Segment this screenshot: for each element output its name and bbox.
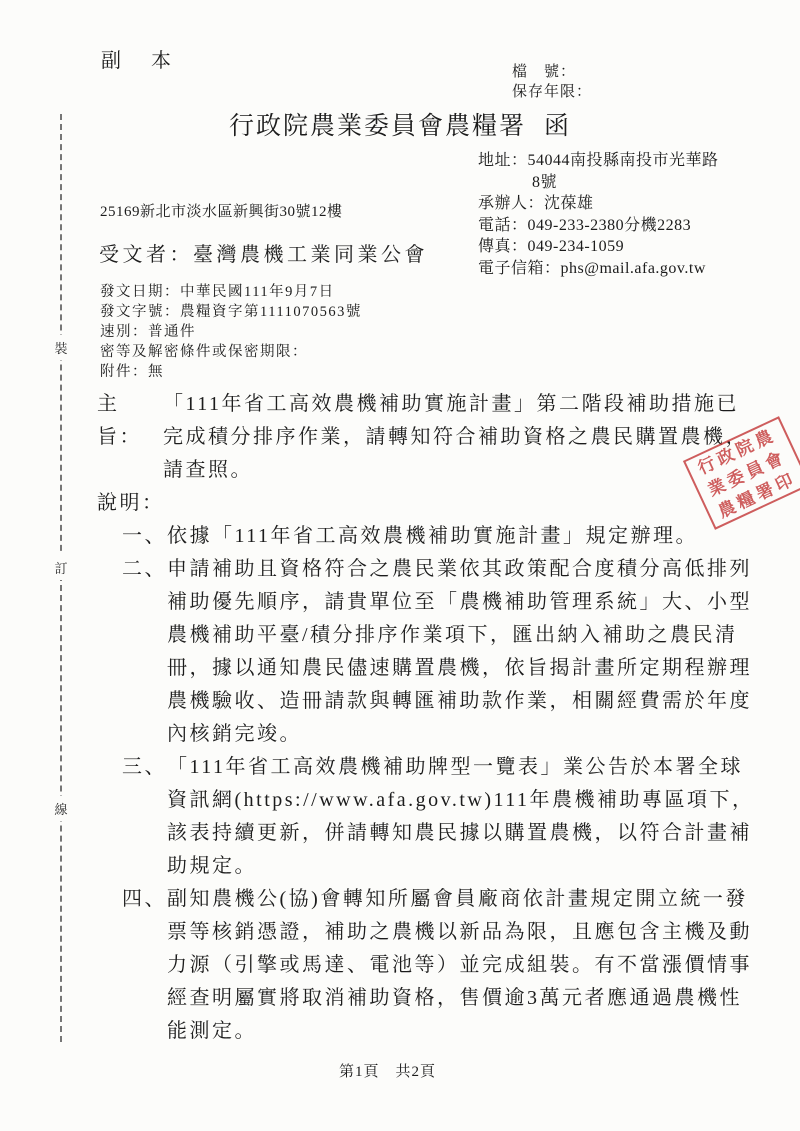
speed-class-line: 速別：普通件 (100, 322, 362, 342)
file-number-block: 檔 號： 保存年限： (512, 62, 592, 102)
document-type-letter: 函 (544, 113, 571, 140)
binding-mark-xian: 線 (51, 796, 71, 821)
recipient-mailing-address: 25169新北市淡水區新興街30號12樓 (100, 200, 343, 221)
item-line: 該表持續更新，併請轉知農民據以購置農機，以符合計畫補 (167, 817, 782, 850)
item-line: 農機補助平臺/積分排序作業項下，匯出納入補助之農民清 (167, 619, 782, 652)
binding-mark-zhuang: 裝 (51, 335, 71, 360)
item-line: 補助優先順序，請貴單位至「農機補助管理系統」大、小型 (167, 586, 782, 619)
agency-contact-person: 承辦人：沈葆雄 (478, 193, 719, 215)
agency-fax: 傳真：049-234-1059 (478, 236, 719, 258)
doc-number-line: 發文字號：農糧資字第1111070563號 (100, 302, 362, 322)
subject-label: 主旨： (97, 388, 163, 454)
attachment-line: 附件：無 (100, 362, 362, 382)
explanation-item-2: 二、 申請補助且資格符合之農民業依其政策配合度積分高低排列 補助優先順序，請貴單… (122, 553, 782, 751)
subject-line: 完成積分排序作業，請轉知符合補助資格之農民購置農機， (163, 421, 782, 454)
document-page: 裝 訂 線 副 本 檔 號： 保存年限： 行政院農業委員會農糧署函 地址：540… (0, 0, 800, 1131)
agency-info-block: 地址：54044南投縣南投市光華路 8號 承辦人：沈葆雄 電話：049-233-… (478, 150, 719, 279)
item-line: 力源（引擎或馬達、電池等）並完成組裝。有不當漲價情事 (167, 949, 782, 982)
addressee-line: 受文者：臺灣農機工業同業公會 (99, 238, 428, 267)
document-meta-block: 發文日期：中華民國111年9月7日 發文字號：農糧資字第1111070563號 … (100, 282, 362, 382)
item-line: 「111年省工高效農機補助牌型一覽表」業公告於本署全球 (167, 751, 782, 784)
item-marker: 二、 (122, 553, 167, 586)
explanation-item-1: 一、 依據「111年省工高效農機補助實施計畫」規定辦理。 (122, 520, 782, 553)
explanation-item-4: 四、 副知農機公(協)會轉知所屬會員廠商依計畫規定開立統一發 票等核銷憑證，補助… (122, 883, 782, 1048)
document-body: 主旨： 「111年省工高效農機補助實施計畫」第二階段補助措施已 完成積分排序作業… (97, 388, 782, 1048)
item-line: 申請補助且資格符合之農民業依其政策配合度積分高低排列 (167, 553, 782, 586)
subject-line: 「111年省工高效農機補助實施計畫」第二階段補助措施已 (163, 388, 782, 421)
agency-address-line1: 地址：54044南投縣南投市光華路 (478, 150, 719, 172)
security-class-line: 密等及解密條件或保密期限： (100, 342, 362, 362)
issue-date-line: 發文日期：中華民國111年9月7日 (100, 282, 362, 302)
agency-phone: 電話：049-233-2380分機2283 (478, 215, 719, 237)
issuing-agency-name: 行政院農業委員會農糧署 (229, 113, 526, 140)
item-line: 內核銷完竣。 (167, 718, 782, 751)
explanation-heading: 說明： (97, 487, 782, 520)
item-line: 助規定。 (167, 850, 782, 883)
agency-address-line2: 8號 (478, 172, 719, 194)
item-marker: 一、 (122, 520, 167, 553)
item-line: 冊，據以通知農民儘速購置農機，依旨揭計畫所定期程辦理 (167, 652, 782, 685)
copy-label: 副 本 (101, 44, 176, 73)
agency-email: 電子信箱：phs@mail.afa.gov.tw (478, 258, 719, 280)
explanation-item-3: 三、 「111年省工高效農機補助牌型一覽表」業公告於本署全球 資訊網(https… (122, 751, 782, 883)
page-number-footer: 第1頁 共2頁 (0, 1060, 775, 1081)
item-line: 資訊網(https://www.afa.gov.tw)111年農機補助專區項下， (167, 784, 782, 817)
retention-period-label: 保存年限： (512, 82, 592, 102)
subject-block: 主旨： 「111年省工高效農機補助實施計畫」第二階段補助措施已 完成積分排序作業… (97, 388, 782, 487)
item-marker: 三、 (122, 751, 167, 784)
binding-mark-ding: 訂 (51, 555, 71, 580)
document-title: 行政院農業委員會農糧署函 (0, 106, 800, 142)
item-line: 能測定。 (167, 1015, 782, 1048)
item-line: 農機驗收、造冊請款與轉匯補助款作業，相關經費需於年度 (167, 685, 782, 718)
item-line: 經查明屬實將取消補助資格，售價逾3萬元者應通過農機性 (167, 982, 782, 1015)
item-line: 依據「111年省工高效農機補助實施計畫」規定辦理。 (167, 520, 782, 553)
item-line: 副知農機公(協)會轉知所屬會員廠商依計畫規定開立統一發 (167, 883, 782, 916)
file-number-label: 檔 號： (512, 62, 592, 82)
item-line: 票等核銷憑證，補助之農機以新品為限，且應包含主機及動 (167, 916, 782, 949)
item-marker: 四、 (122, 883, 167, 916)
